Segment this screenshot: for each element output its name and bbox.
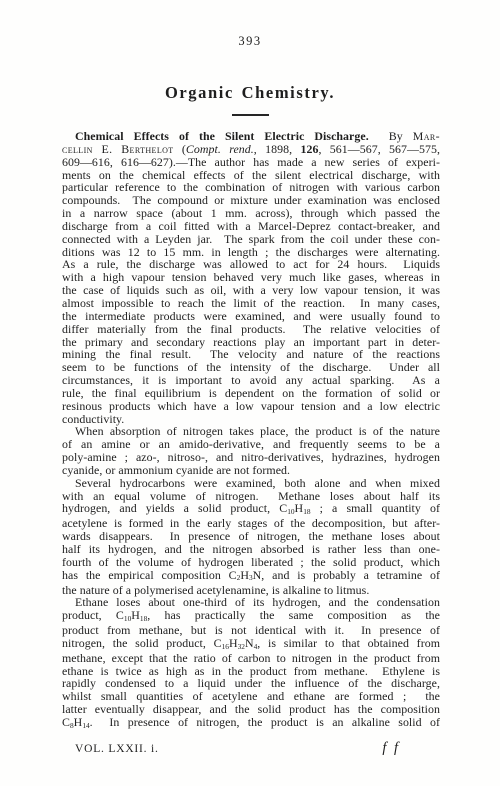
text-line: product, C10H18, has practically the sam… [62,609,440,624]
paragraph: When absorption of nitrogen takes place,… [62,425,440,476]
paragraph: Ethane loses about one-third of its hydr… [62,596,440,730]
text-line: C8H14. In presence of nitrogen, the prod… [62,716,440,731]
footer: VOL. LXXII. i. f f [62,740,440,757]
article-body: Chemical Effects of the Silent Electric … [62,130,440,731]
page: 393 Organic Chemistry. Chemical Effects … [0,0,500,786]
text-line: nitrogen, the solid product, C16H32N4, i… [62,637,440,652]
volume-label: VOL. LXXII. i. [62,743,159,755]
page-number: 393 [0,0,500,49]
text-line: has the empirical composition C2H3N, and… [62,569,440,584]
section-heading: Organic Chemistry. [0,83,500,103]
paragraph: Chemical Effects of the Silent Electric … [62,130,440,425]
text-line: hydrogen, and yields a solid product, C1… [62,502,440,517]
section-divider [232,114,269,116]
paragraph: Several hydrocarbons were examined, both… [62,477,440,597]
signature-mark: f f [382,740,400,757]
